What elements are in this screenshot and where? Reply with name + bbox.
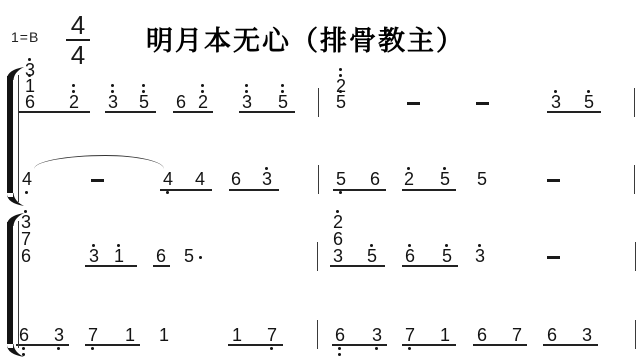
beam-line <box>239 111 295 113</box>
beam-line <box>402 265 458 267</box>
note-digit: 1 <box>123 328 137 344</box>
octave-dot-below <box>339 191 342 194</box>
barline <box>318 88 319 117</box>
note-digit: 5 <box>334 172 348 188</box>
extension-dash <box>91 179 104 182</box>
beam-line <box>547 111 601 113</box>
octave-dot-above <box>281 84 284 87</box>
octave-dot-above <box>28 58 31 61</box>
octave-dot-above <box>117 244 120 247</box>
note-digit: 5 <box>440 249 454 265</box>
octave-dot-above <box>407 167 410 170</box>
octave-dot-above <box>245 90 248 93</box>
octave-dot-above <box>339 74 342 77</box>
barline <box>634 88 635 117</box>
note-digit: 5 <box>475 172 489 188</box>
note-digit: 6 <box>229 172 243 188</box>
time-signature-denominator: 4 <box>64 42 92 68</box>
note-digit: 2 <box>67 95 81 111</box>
barline <box>635 320 636 349</box>
note-digit: 3 <box>473 249 487 265</box>
octave-dot-above <box>445 244 448 247</box>
octave-dot-above <box>336 210 339 213</box>
beam-line <box>330 265 385 267</box>
octave-dot-below <box>375 347 378 350</box>
note-digit: 2 <box>334 79 348 95</box>
beam-line <box>153 265 170 267</box>
octave-dot-above <box>443 167 446 170</box>
barline <box>634 165 635 194</box>
extension-dash <box>547 179 560 182</box>
note-digit: 6 <box>403 249 417 265</box>
note-digit: 1 <box>230 328 244 344</box>
note-digit: 3 <box>580 328 594 344</box>
beam-line <box>229 189 279 191</box>
note-digit: 5 <box>276 95 290 111</box>
note-digit: 3 <box>52 328 66 344</box>
note-digit: 2 <box>402 172 416 188</box>
octave-dot-below <box>338 347 341 350</box>
octave-dot-above <box>142 84 145 87</box>
octave-dot-above <box>370 244 373 247</box>
octave-dot-below <box>166 191 169 194</box>
note-digit: 3 <box>331 249 345 265</box>
octave-dot-below <box>338 353 341 356</box>
note-digit: 6 <box>174 95 188 111</box>
time-signature-numerator: 4 <box>64 12 92 38</box>
octave-dot-above <box>265 167 268 170</box>
octave-dot-below <box>408 347 411 350</box>
note-digit: 2 <box>331 215 345 231</box>
note-digit: 5 <box>182 249 196 265</box>
note-digit: 3 <box>106 95 120 111</box>
note-digit: 7 <box>510 328 524 344</box>
note-digit: 6 <box>333 328 347 344</box>
extension-dash <box>407 102 420 105</box>
beam-line <box>402 344 456 346</box>
octave-dot-below <box>57 347 60 350</box>
note-digit: 5 <box>334 95 348 111</box>
beam-line <box>402 189 456 191</box>
note-digit: 3 <box>370 328 384 344</box>
note-digit: 1 <box>157 328 171 344</box>
note-digit: 5 <box>137 95 151 111</box>
system-bracket-glyph <box>7 67 27 206</box>
sheet-music-page: 1=B 4 4 明月本无心（排骨教主） 61323562355235444635… <box>0 0 639 362</box>
note-digit: 1 <box>112 249 126 265</box>
octave-dot-below <box>270 347 273 350</box>
note-digit: 6 <box>545 328 559 344</box>
beam-line <box>173 111 213 113</box>
system-bracket <box>7 67 27 211</box>
note-digit: 5 <box>438 172 452 188</box>
note-digit: 5 <box>582 95 596 111</box>
octave-dot-above <box>72 90 75 93</box>
beam-line <box>228 344 283 346</box>
note-digit: 6 <box>475 328 489 344</box>
note-digit: 7 <box>265 328 279 344</box>
octave-dot-above <box>111 84 114 87</box>
barline <box>635 242 636 271</box>
note-digit: 3 <box>260 172 274 188</box>
octave-dot-above <box>111 90 114 93</box>
octave-dot-above <box>92 244 95 247</box>
octave-dot-above <box>201 90 204 93</box>
octave-dot-above <box>478 244 481 247</box>
extension-dash <box>547 256 560 259</box>
key-signature: 1=B <box>11 29 39 45</box>
time-signature: 4 4 <box>64 12 92 68</box>
beam-line <box>105 111 156 113</box>
beam-line <box>160 189 212 191</box>
barline <box>317 320 318 349</box>
note-digit: 7 <box>403 328 417 344</box>
note-digit: 1 <box>438 328 452 344</box>
beam-line <box>473 344 527 346</box>
extension-dash <box>476 102 489 105</box>
octave-dot-above <box>281 90 284 93</box>
note-digit: 6 <box>368 172 382 188</box>
page-title: 明月本无心（排骨教主） <box>146 19 465 58</box>
octave-dot-above <box>554 90 557 93</box>
note-digit: 6 <box>331 232 345 248</box>
tie-slur-arc <box>34 155 164 169</box>
note-digit: 3 <box>240 95 254 111</box>
octave-dot-above <box>245 84 248 87</box>
augmentation-dot <box>199 256 202 259</box>
octave-dot-above <box>72 84 75 87</box>
note-digit: 2 <box>196 95 210 111</box>
barline <box>318 165 319 194</box>
note-digit: 6 <box>154 249 168 265</box>
octave-dot-below <box>91 347 94 350</box>
octave-dot-above <box>201 84 204 87</box>
beam-line <box>543 344 598 346</box>
beam-line <box>85 344 140 346</box>
system-bracket <box>7 213 27 362</box>
octave-dot-above <box>587 90 590 93</box>
note-digit: 5 <box>365 249 379 265</box>
note-digit: 4 <box>161 172 175 188</box>
note-digit: 3 <box>549 95 563 111</box>
note-digit: 7 <box>86 328 100 344</box>
note-digit: 4 <box>193 172 207 188</box>
barline <box>317 242 318 271</box>
octave-dot-above <box>408 244 411 247</box>
beam-line <box>332 344 387 346</box>
note-digit: 3 <box>87 249 101 265</box>
octave-dot-above <box>339 68 342 71</box>
octave-dot-above <box>142 90 145 93</box>
beam-line <box>85 265 137 267</box>
beam-line <box>18 111 90 113</box>
system-bracket-glyph <box>7 213 27 357</box>
beam-line <box>333 189 386 191</box>
